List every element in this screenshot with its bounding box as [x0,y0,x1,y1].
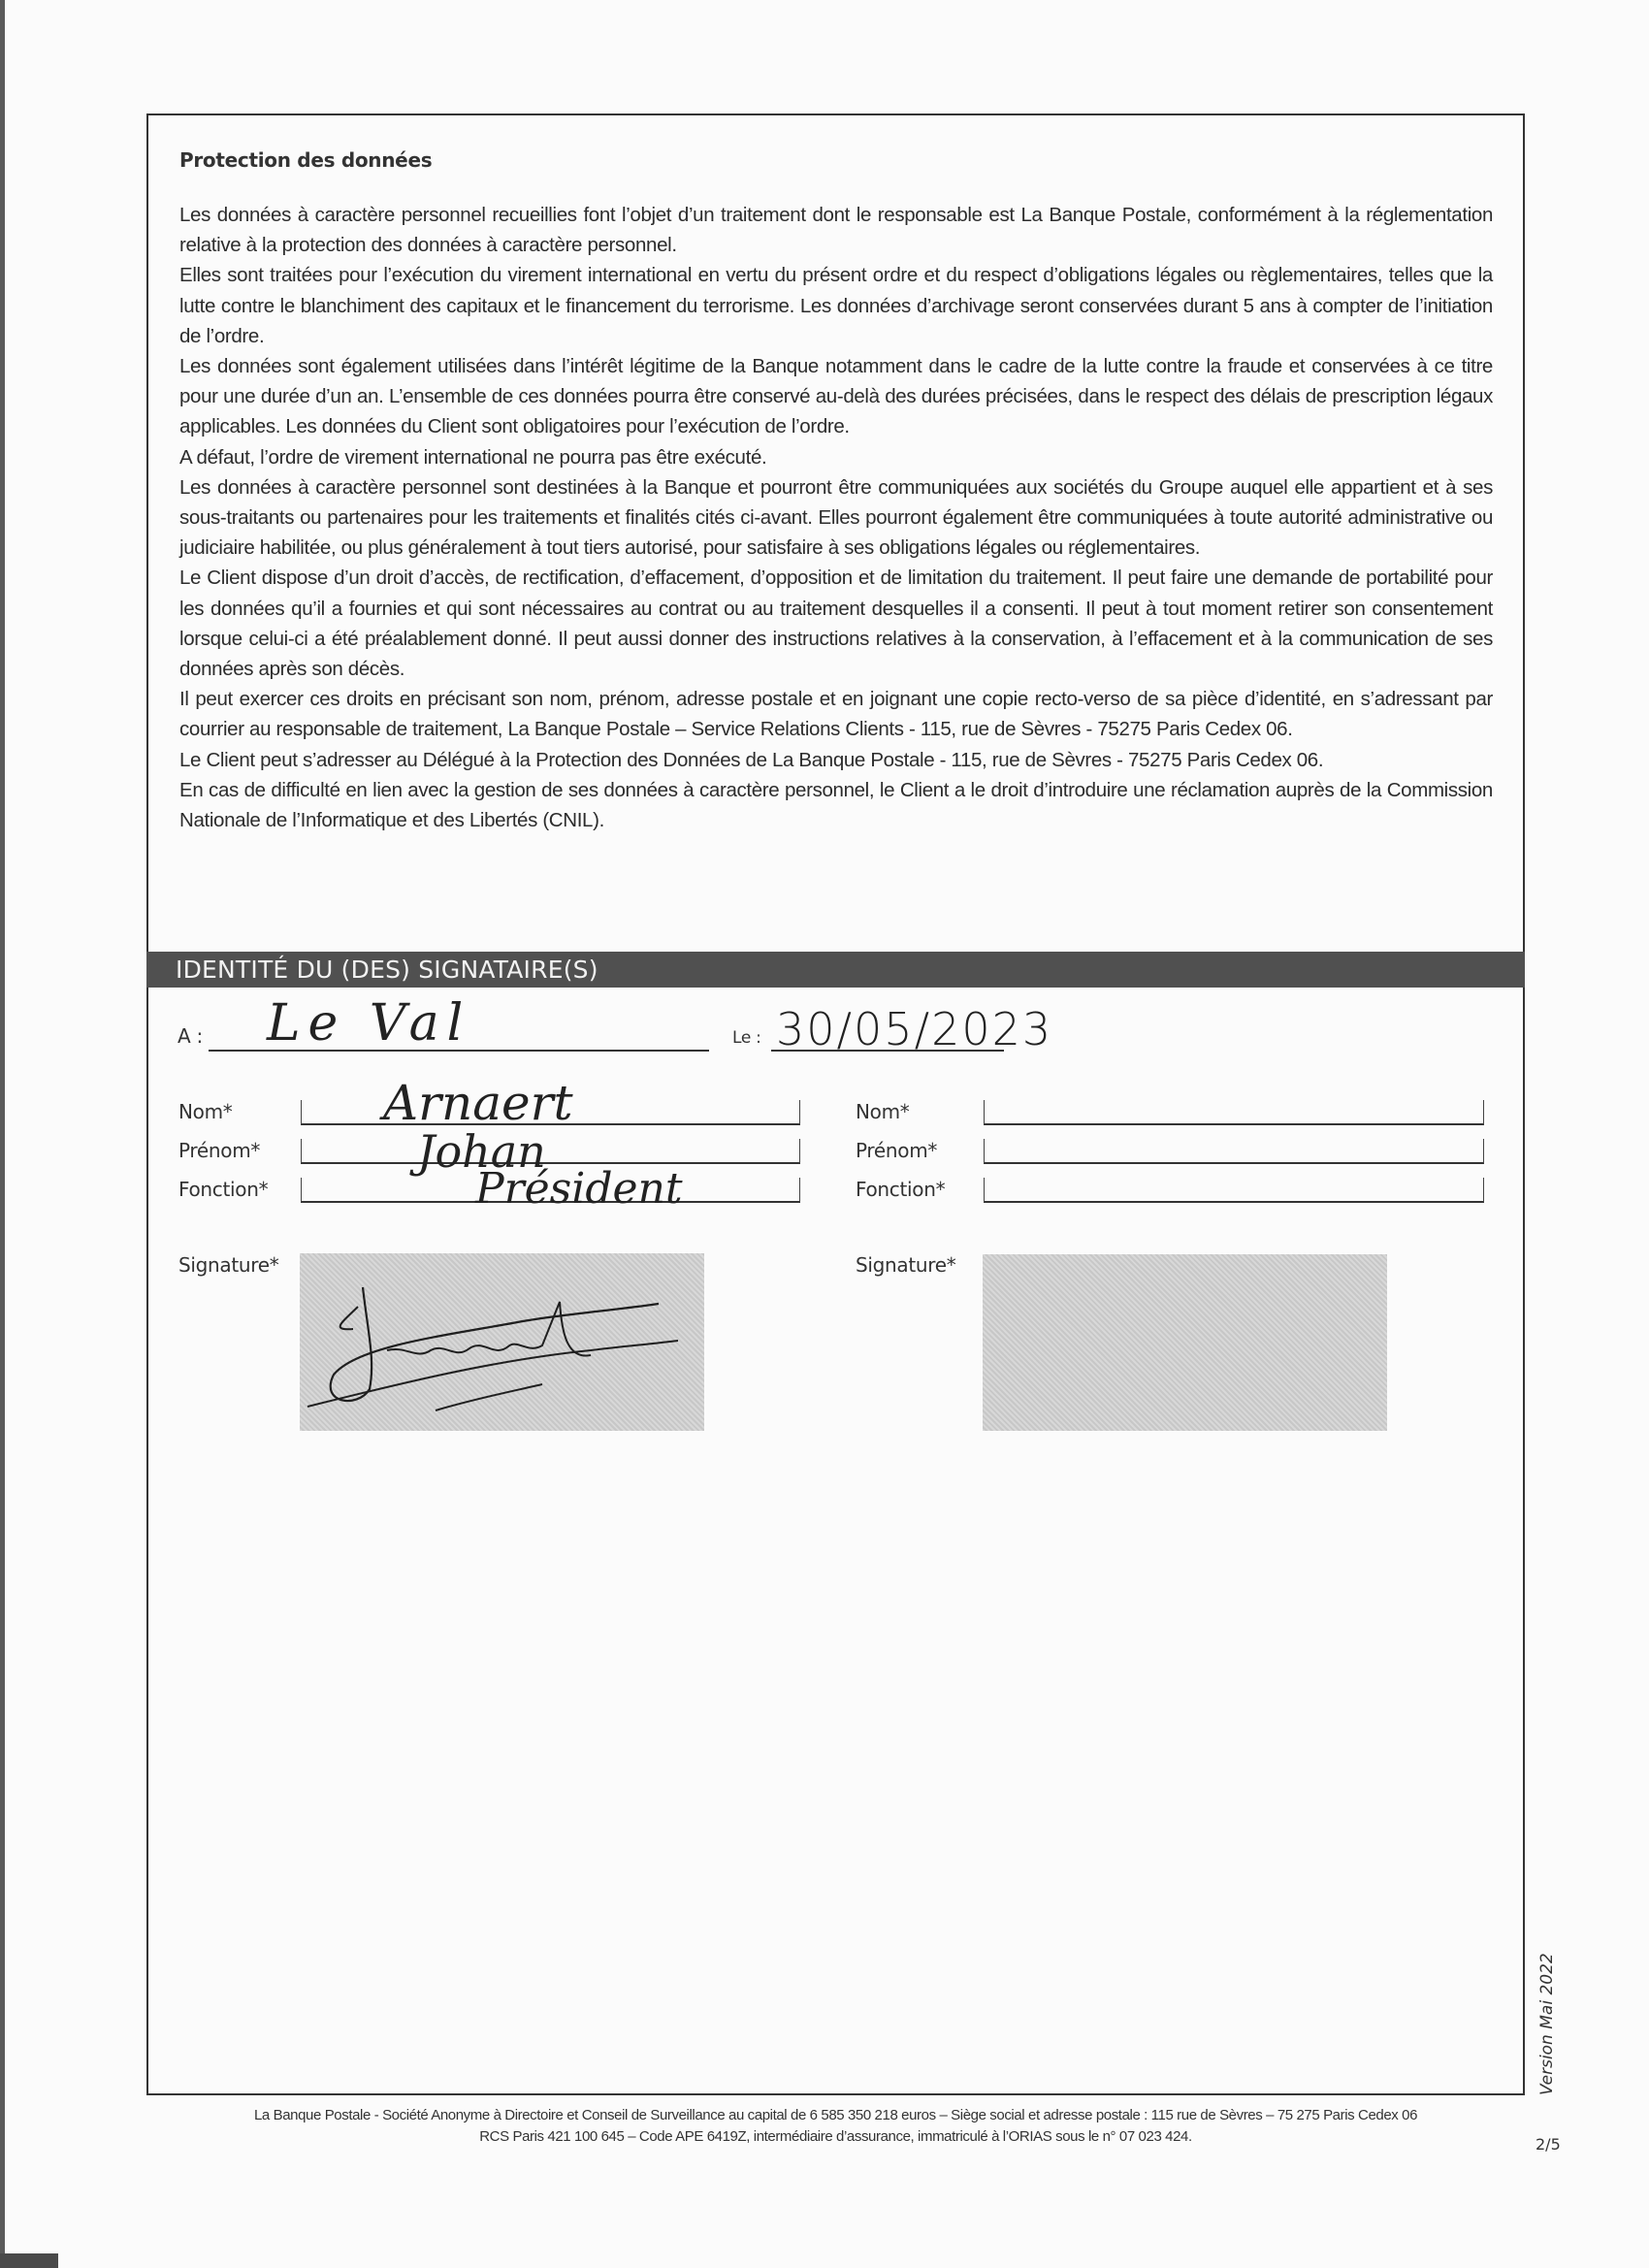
paragraph: Il peut exercer ces droits en précisant … [179,684,1493,744]
signature-box-right[interactable] [983,1254,1387,1431]
paragraph: Les données à caractère personnel recuei… [179,200,1493,260]
paragraph: Les données sont également utilisées dan… [179,351,1493,442]
nom-handwritten-left: Arnaert [383,1075,573,1131]
protection-body: Les données à caractère personnel recuei… [179,200,1493,835]
fonction-label-right: Fonction* [856,1178,945,1201]
date-handwritten: 30/05/2023 [776,1003,1052,1055]
signature-scribble [300,1253,746,1431]
legal-footer: La Banque Postale - Société Anonyme à Di… [146,2105,1525,2148]
nom-label-right: Nom* [856,1100,909,1123]
prenom-field-left[interactable] [301,1139,800,1164]
paragraph: Les données à caractère personnel sont d… [179,472,1493,564]
nom-label-left: Nom* [178,1100,232,1123]
scan-edge [0,0,5,2268]
scan-corner [0,2253,58,2268]
prenom-label-left: Prénom* [178,1139,260,1162]
signature-box-left[interactable] [300,1253,704,1431]
signature-label-left: Signature* [178,1253,279,1277]
paragraph: En cas de difficulté en lien avec la ges… [179,775,1493,835]
place-handwritten: Le Val [267,994,470,1053]
place-label: A : [178,1024,203,1048]
page-number: 2/5 [1536,2135,1561,2154]
fonction-field-right[interactable] [984,1178,1484,1203]
section-header-label: IDENTITÉ DU (DES) SIGNATAIRE(S) [176,956,598,984]
footer-line-2: RCS Paris 421 100 645 – Code APE 6419Z, … [146,2126,1525,2148]
signature-label-right: Signature* [856,1253,956,1277]
paragraph: A défaut, l’ordre de virement internatio… [179,442,1493,472]
nom-field-right[interactable] [984,1100,1484,1125]
paragraph: Le Client dispose d’un droit d’accès, de… [179,563,1493,684]
fonction-handwritten-left: Président [475,1164,683,1214]
protection-title: Protection des données [179,148,432,172]
prenom-field-right[interactable] [984,1139,1484,1164]
paragraph: Le Client peut s’adresser au Délégué à l… [179,745,1493,775]
prenom-label-right: Prénom* [856,1139,937,1162]
fonction-label-left: Fonction* [178,1178,268,1201]
signataires-section-header: IDENTITÉ DU (DES) SIGNATAIRE(S) [146,952,1525,988]
date-label: Le : [732,1028,761,1048]
version-label: Version Mai 2022 [1537,1953,1557,2095]
footer-line-1: La Banque Postale - Société Anonyme à Di… [146,2105,1525,2126]
paragraph: Elles sont traitées pour l’exécution du … [179,260,1493,351]
